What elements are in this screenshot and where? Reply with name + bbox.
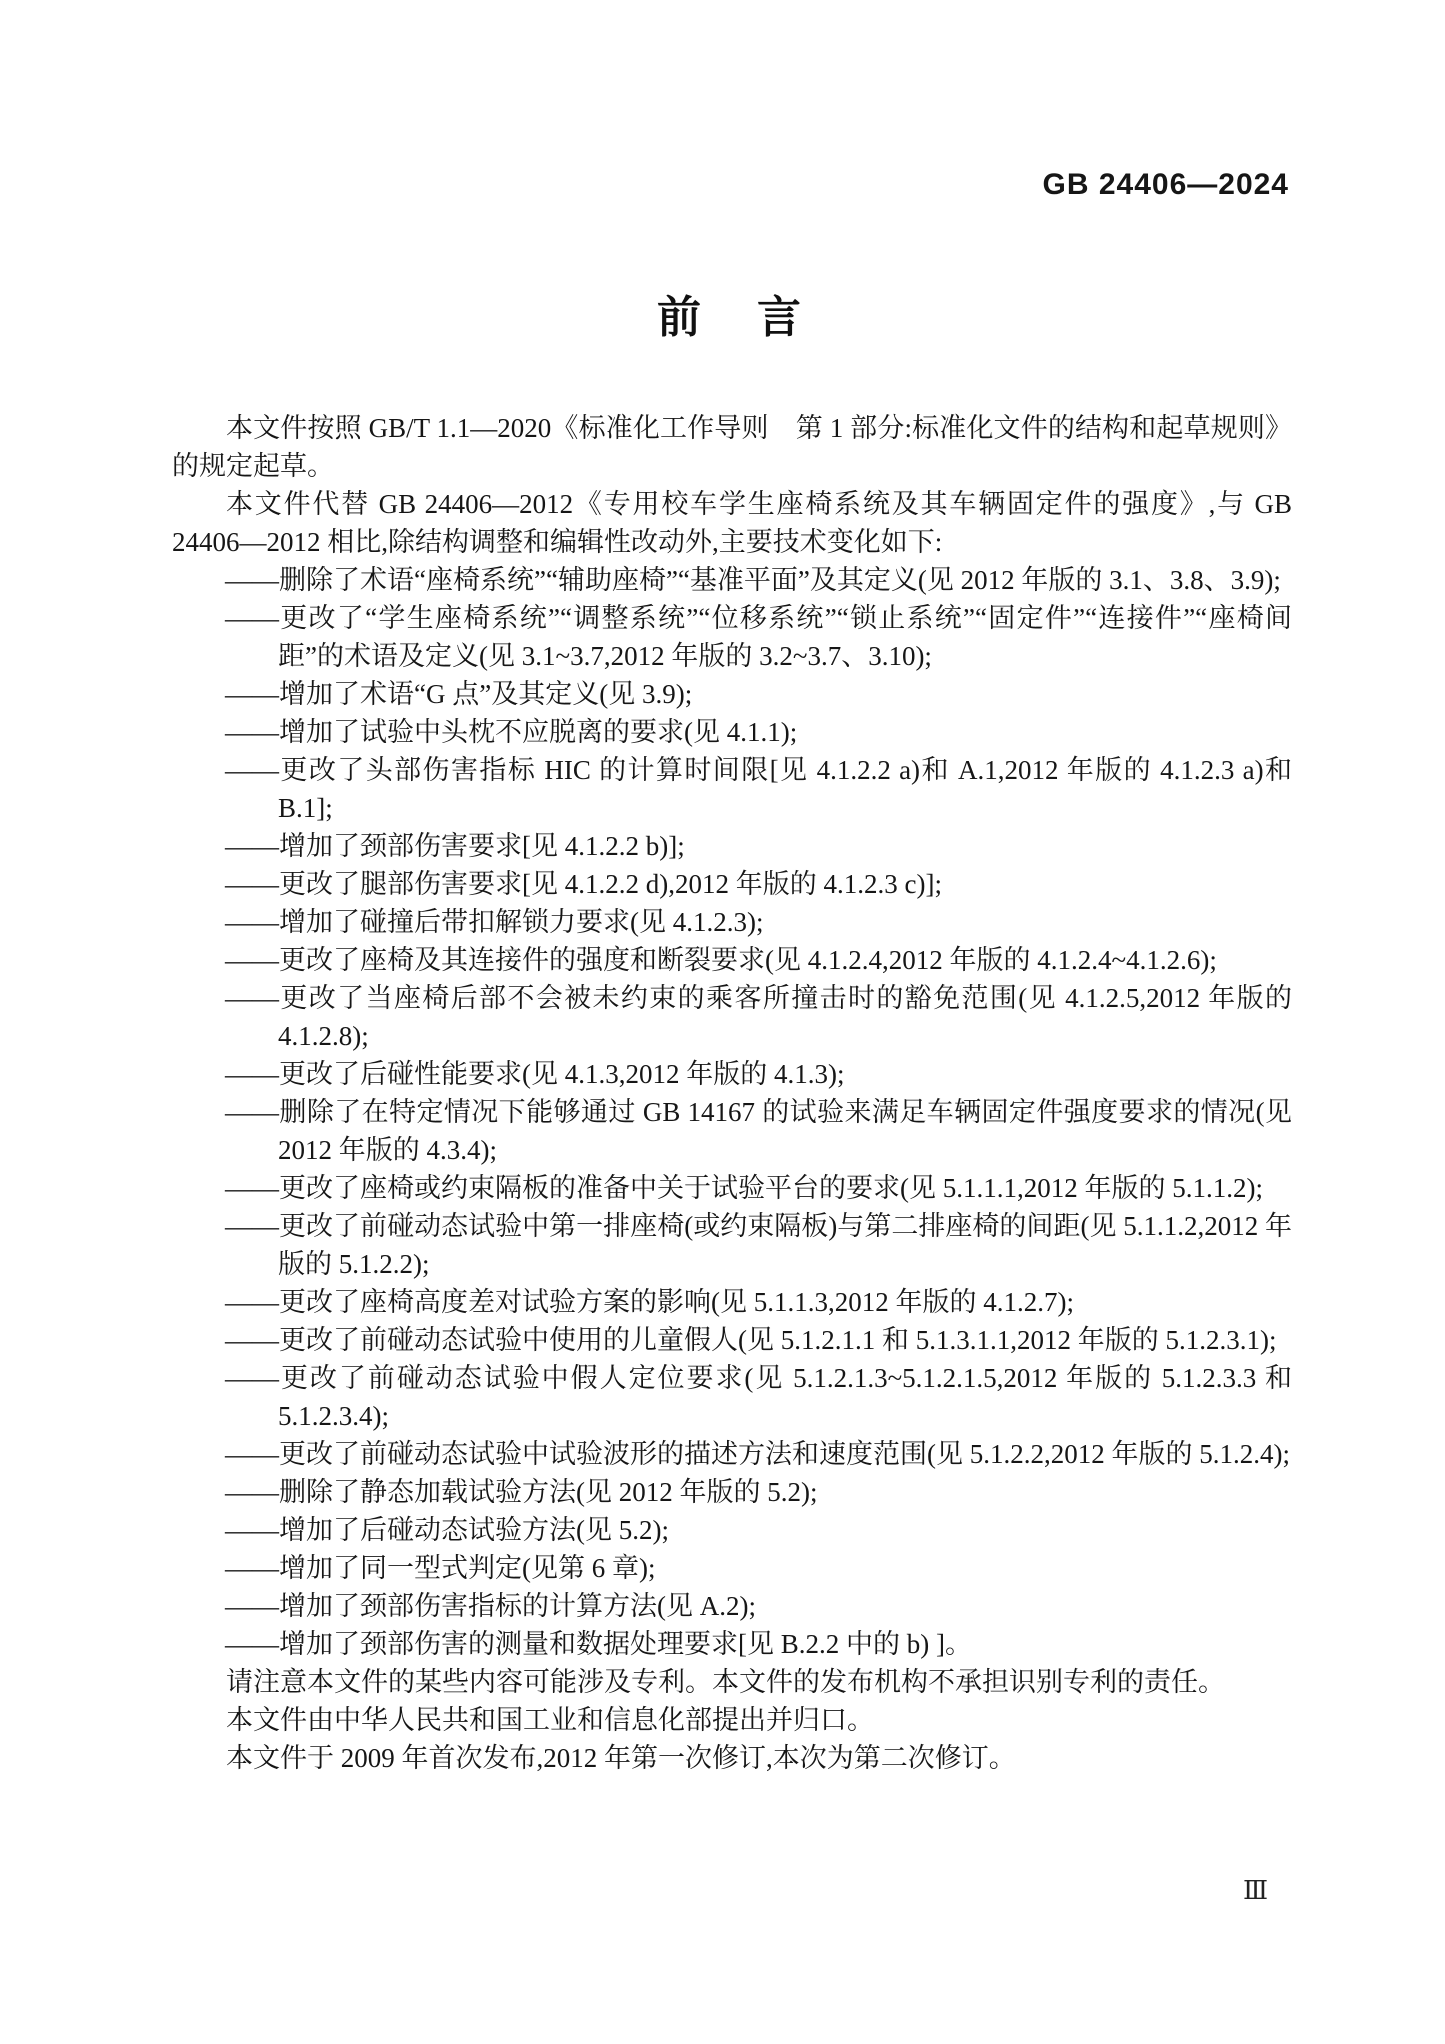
change-list-item: ——增加了试验中头枕不应脱离的要求(见 4.1.1); bbox=[172, 713, 1292, 751]
dash-prefix: —— bbox=[225, 1097, 279, 1127]
change-list-item: ——增加了碰撞后带扣解锁力要求(见 4.1.2.3); bbox=[172, 903, 1292, 941]
dash-prefix: —— bbox=[225, 1059, 279, 1089]
dash-prefix: —— bbox=[225, 907, 279, 937]
change-list-item: ——更改了前碰动态试验中使用的儿童假人(见 5.1.2.1.1 和 5.1.3.… bbox=[172, 1321, 1292, 1359]
change-list-item: ——增加了术语“G 点”及其定义(见 3.9); bbox=[172, 675, 1292, 713]
change-list-item: ——增加了颈部伤害要求[见 4.1.2.2 b)]; bbox=[172, 827, 1292, 865]
change-list-item: ——更改了后碰性能要求(见 4.1.3,2012 年版的 4.1.3); bbox=[172, 1055, 1292, 1093]
dash-prefix: —— bbox=[225, 1553, 279, 1583]
dash-prefix: —— bbox=[225, 1477, 279, 1507]
paragraph: 本文件代替 GB 24406—2012《专用校车学生座椅系统及其车辆固定件的强度… bbox=[172, 485, 1292, 561]
dash-prefix: —— bbox=[225, 983, 279, 1013]
dash-prefix: —— bbox=[225, 1325, 279, 1355]
dash-prefix: —— bbox=[225, 1439, 279, 1469]
dash-prefix: —— bbox=[225, 945, 279, 975]
change-list-item: ——增加了同一型式判定(见第 6 章); bbox=[172, 1549, 1292, 1587]
paragraph: 请注意本文件的某些内容可能涉及专利。本文件的发布机构不承担识别专利的责任。 bbox=[172, 1663, 1292, 1701]
dash-prefix: —— bbox=[225, 1363, 279, 1393]
change-list-item: ——增加了颈部伤害指标的计算方法(见 A.2); bbox=[172, 1587, 1292, 1625]
dash-prefix: —— bbox=[225, 1515, 279, 1545]
dash-prefix: —— bbox=[225, 565, 279, 595]
change-list-item: ——更改了座椅或约束隔板的准备中关于试验平台的要求(见 5.1.1.1,2012… bbox=[172, 1169, 1292, 1207]
dash-prefix: —— bbox=[225, 831, 279, 861]
dash-prefix: —— bbox=[225, 1173, 279, 1203]
change-list-item: ——更改了前碰动态试验中假人定位要求(见 5.1.2.1.3~5.1.2.1.5… bbox=[172, 1359, 1292, 1435]
dash-prefix: —— bbox=[225, 1211, 279, 1241]
paragraph: 本文件由中华人民共和国工业和信息化部提出并归口。 bbox=[172, 1701, 1292, 1739]
change-list-item: ——更改了“学生座椅系统”“调整系统”“位移系统”“锁止系统”“固定件”“连接件… bbox=[172, 599, 1292, 675]
change-list-item: ——更改了当座椅后部不会被未约束的乘客所撞击时的豁免范围(见 4.1.2.5,2… bbox=[172, 979, 1292, 1055]
change-list-item: ——更改了腿部伤害要求[见 4.1.2.2 d),2012 年版的 4.1.2.… bbox=[172, 865, 1292, 903]
dash-prefix: —— bbox=[225, 717, 279, 747]
change-list-item: ——更改了头部伤害指标 HIC 的计算时间限[见 4.1.2.2 a)和 A.1… bbox=[172, 751, 1292, 827]
dash-prefix: —— bbox=[225, 679, 279, 709]
page-content: 前 言 本文件按照 GB/T 1.1—2020《标准化工作导则 第 1 部分:标… bbox=[172, 0, 1292, 1777]
dash-prefix: —— bbox=[225, 1591, 279, 1621]
dash-prefix: —— bbox=[225, 1629, 279, 1659]
paragraph: 本文件按照 GB/T 1.1—2020《标准化工作导则 第 1 部分:标准化文件… bbox=[172, 409, 1292, 485]
dash-prefix: —— bbox=[225, 869, 279, 899]
foreword-body: 本文件按照 GB/T 1.1—2020《标准化工作导则 第 1 部分:标准化文件… bbox=[172, 409, 1292, 1777]
document-page: GB 24406—2024 前 言 本文件按照 GB/T 1.1—2020《标准… bbox=[0, 0, 1445, 2044]
change-list-item: ——更改了座椅高度差对试验方案的影响(见 5.1.1.3,2012 年版的 4.… bbox=[172, 1283, 1292, 1321]
change-list-item: ——删除了术语“座椅系统”“辅助座椅”“基准平面”及其定义(见 2012 年版的… bbox=[172, 561, 1292, 599]
change-list-item: ——增加了后碰动态试验方法(见 5.2); bbox=[172, 1511, 1292, 1549]
change-list-item: ——增加了颈部伤害的测量和数据处理要求[见 B.2.2 中的 b) ]。 bbox=[172, 1625, 1292, 1663]
dash-prefix: —— bbox=[225, 755, 279, 785]
page-title: 前 言 bbox=[172, 291, 1292, 345]
change-list-item: ——更改了前碰动态试验中第一排座椅(或约束隔板)与第二排座椅的间距(见 5.1.… bbox=[172, 1207, 1292, 1283]
dash-prefix: —— bbox=[225, 1287, 279, 1317]
change-list-item: ——删除了在特定情况下能够通过 GB 14167 的试验来满足车辆固定件强度要求… bbox=[172, 1093, 1292, 1169]
paragraph: 本文件于 2009 年首次发布,2012 年第一次修订,本次为第二次修订。 bbox=[172, 1739, 1292, 1777]
page-number: Ⅲ bbox=[1243, 1876, 1268, 1906]
change-list-item: ——更改了座椅及其连接件的强度和断裂要求(见 4.1.2.4,2012 年版的 … bbox=[172, 941, 1292, 979]
dash-prefix: —— bbox=[225, 603, 279, 633]
change-list-item: ——更改了前碰动态试验中试验波形的描述方法和速度范围(见 5.1.2.2,201… bbox=[172, 1435, 1292, 1473]
change-list-item: ——删除了静态加载试验方法(见 2012 年版的 5.2); bbox=[172, 1473, 1292, 1511]
